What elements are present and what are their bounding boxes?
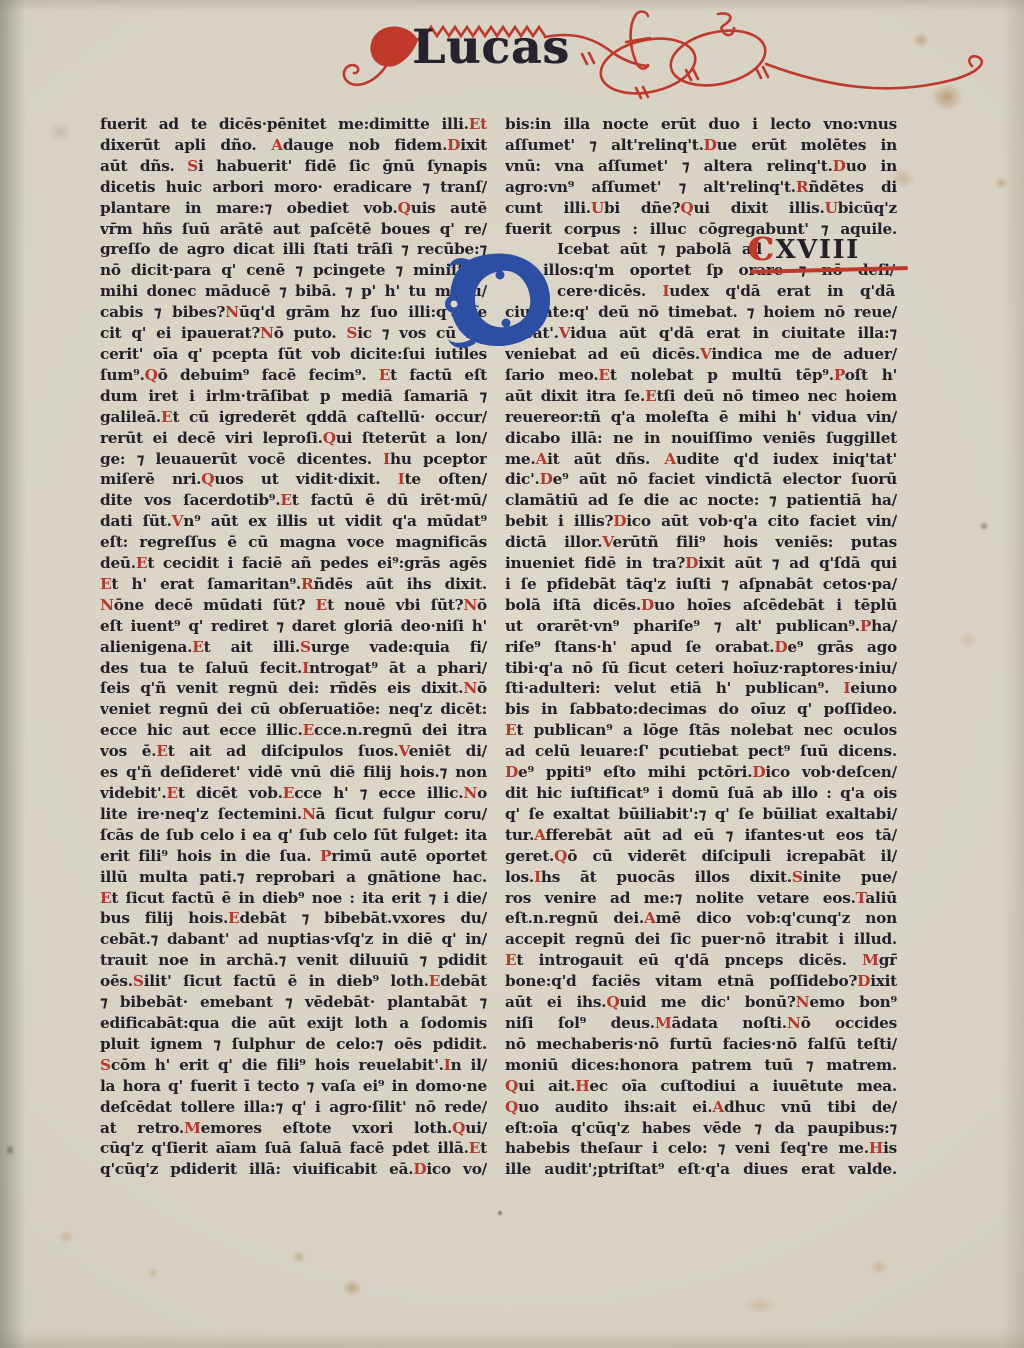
text-line: dixerūt apli dño. Adauge nob fidem.Dixit [100,135,487,156]
text-line: illū multa pati.⁊ reprobari a gnātione h… [100,867,487,888]
text-line: dicetis huic arbori moro· eradicare ⁊ tr… [100,177,487,198]
text-line: ſum⁹.Qō debuim⁹ facē fecim⁹. Et factū eſ… [100,365,487,386]
text-line: De⁹ ppiti⁹ eſto mihi pctōri.Dico vob·deſ… [505,762,897,783]
text-line: riſe⁹ ſtans·h' apud ſe orabat.De⁹ grās a… [505,637,897,658]
text-line: moniū dices:honora patrem tuū ⁊ matrem. [505,1055,897,1076]
text-line: greſſo de agro dicat illi ſtati trāſi ⁊ … [100,239,487,260]
text-line: dum iret i irlm·trāſibat p mediā ſamariā… [100,386,487,407]
text-line: dicabo illā: ne in nouiſſimo veniēs ſugg… [505,428,897,449]
text-line: Icebat aūt ⁊ pabolā ad [557,239,762,260]
text-line: dati ſūt.Vn⁹ aūt ex illis ut vidit q'a m… [100,511,487,532]
text-line: inueniet fidē in tra?Dixit aūt ⁊ ad q'ſd… [505,553,897,574]
text-line: ciuitate:q' deū nō timebat. ⁊ hoiem nō r… [505,302,897,323]
text-line: i ſe pfidebāt tāq'z iuſti ⁊ aſpnabāt cet… [505,574,897,595]
text-line: at retro.Memores eſtote vxori loth.Qui/ [100,1118,487,1139]
text-line: plantare in mare:⁊ obediet vob.Quis autē [100,198,487,219]
text-line: ut orarēt·vn⁹ phariſe⁹ ⁊ alt' publican⁹.… [505,616,897,637]
text-line: ille audit';ptriſtat⁹ eſt·q'a diues erat… [505,1159,897,1180]
text-line: vos ē.Et ait ad diſcipulos ſuos.Veniēt d… [100,741,487,762]
text-line: erit fili⁹ hois in die ſua. Primū autē o… [100,846,487,867]
text-line: alienigena.Et ait illi.Surge vade:quia f… [100,637,487,658]
text-line: Et h' erat ſamaritan⁹.Rñdēs aūt ihs dixi… [100,574,487,595]
text-line: aūt dixit itra ſe.Etſi deū nō timeo nec … [505,386,897,407]
text-line: los.Ihs āt puocās illos dixit.Sinite pue… [505,867,897,888]
text-line: miſerē nri.Quos ut vidit·dixit. Ite oſte… [100,469,487,490]
text-line: Et publican⁹ a lōge ſtās nolebat nec ocu… [505,720,897,741]
text-line: me.Ait aūt dñs. Audite q'd iudex iniq'ta… [505,449,897,470]
text-line: habebis theſaur i celo: ⁊ veni ſeq're me… [505,1138,897,1159]
text-line: ſeis q'ñ venit regnū dei: rñdēs eis dixi… [100,678,487,699]
text-line: ſario meo.Et nolebat p multū tēp⁹.Poſt h… [505,365,897,386]
text-line: eſt:oīa q'cūq'z habes vēde ⁊ da paupibus… [505,1118,897,1139]
text-line: ſcās de ſub celo i ea q' ſub celo ſūt fu… [100,825,487,846]
text-line: Quo audito ihs:ait ei.Adhuc vnū tibi de/ [505,1097,897,1118]
text-line: trauit noe in archā.⁊ venit diluuiū ⁊ pd… [100,950,487,971]
text-line: cabis ⁊ bibes?Nūq'd grām hz ſuo illi:q'a… [100,302,487,323]
text-line: clamātiū ad ſe die ac nocte: ⁊ patientiā… [505,490,897,511]
text-line: eſt iuent⁹ q' rediret ⁊ daret gloriā deo… [100,616,487,637]
text-line: pluit ignem ⁊ ſulphur de celo:⁊ oēs pdid… [100,1034,487,1055]
text-line: dit hic iuſtificat⁹ i domū ſuā ab illo :… [505,783,897,804]
text-line: eſt.n.regnū dei.Amē dico vob:q'cunq'z no… [505,908,897,929]
text-line: ecce hic aut ecce illic.Ecce.n.regnū dei… [100,720,487,741]
text-line: dite vos ſacerdotib⁹.Et factū ē dū irēt·… [100,490,487,511]
text-line: deū.Et cecidit i faciē añ pedes ei⁹:grās… [100,553,487,574]
text-line: rerūt ei decē viri leproſi.Qui ſteterūt … [100,428,487,449]
text-line: bolā iſtā dicēs.Duo hoīes aſcēdebāt i tē… [505,595,897,616]
text-line: bone:q'd faciēs vitam etnā poſſidebo?Dix… [505,971,897,992]
text-line: bis:in illa nocte erūt duo i lecto vno:v… [505,114,897,135]
text-line: cit q' ei ipauerat?Nō puto. Sic ⁊ vos cū… [100,323,487,344]
text-line: agro:vn⁹ aſſumet' ⁊ alt'relinq't.Rñdētes… [505,177,897,198]
text-line: aſſumet' ⁊ alt'relinq't.Due erūt molētes… [505,135,897,156]
text-line: cebāt.⁊ dabant' ad nuptias·vſq'z in diē … [100,929,487,950]
text-line: Et ſicut factū ē in dieb⁹ noe : ita erit… [100,888,487,909]
text-line: aūt dñs. Si habuerit' fidē ſic ḡnū ſynap… [100,156,487,177]
text-line: rebat'.Vidua aūt q'dā erat in ciuitate i… [505,323,897,344]
text-line: galileā.Et cū igrederēt qddā caſtellū· o… [100,407,487,428]
text-line: edificabāt:qua die aūt exijt loth a ſodo… [100,1013,487,1034]
text-line: vnū: vna aſſumet' ⁊ altera relinq't.Duo … [505,156,897,177]
text-line: dic'.De⁹ aūt nō faciet vindictā elector … [505,469,897,490]
text-line: tibi·q'a nō ſū ſicut ceteri hoīuz·raptor… [505,658,897,679]
text-line: oēs.Silit' ſicut factū ē in dieb⁹ loth.E… [100,971,487,992]
drop-cap-initial-d-icon [442,249,554,353]
text-line: veniebat ad eū dicēs.Vindica me de aduer… [505,344,897,365]
text-line: ⁊ bibebāt· emebant ⁊ vēdebāt· plantabāt … [100,992,487,1013]
text-line: nō mechaberis·nō furtū facies·nō falſū t… [505,1034,897,1055]
text-line: nō dicit·para q' cenē ⁊ pcingete ⁊ miniſ… [100,260,487,281]
text-line: dictā illor.Verūtñ fili⁹ hois veniēs: pu… [505,532,897,553]
incunabulum-page: Lucas fuerit ad te dicēs·pēnitet me:dimi… [0,0,1024,1348]
text-line: lite ire·neq'z ſectemini.Nā ſicut fulgur… [100,804,487,825]
chapter-number: XVIII [775,233,859,267]
text-line: bis in ſabbato:decimas do oīuz q' poſſid… [505,699,897,720]
text-line: Qui ait.Hec oīa cuſtodiui a iuuētute mea… [505,1076,897,1097]
text-line: ſti·adulteri: velut etiā h' publican⁹. I… [505,678,897,699]
text-line: videbit'.Et dicēt vob.Ecce h' ⁊ ecce ill… [100,783,487,804]
text-line: q' ſe exaltat būiliabit':⁊ q' ſe būiliat… [505,804,897,825]
text-line: cunt illi.Ubi dñe?Qui dixit illis.Ubicūq… [505,198,897,219]
chapter-mark: C XVIII [748,233,860,267]
text-line: fuerit ad te dicēs·pēnitet me:dimitte il… [100,114,487,135]
text-line: cūq'z q'ſierit aīam ſuā ſaluā facē pdet … [100,1138,487,1159]
text-line: ad celū leuare:ſ' pcutiebat pect⁹ ſuū di… [505,741,897,762]
text-line: des tua te ſaluū fecit.Introgat⁹ āt a ph… [100,658,487,679]
text-line: Nōne decē mūdati ſūt? Et nouē vbi ſūt?Nō [100,595,487,616]
text-line: ge: ⁊ leuauerūt vocē dicentes. Ihu pcept… [100,449,487,470]
text-column-right: bis:in illa nocte erūt duo i lecto vno:v… [505,114,897,1180]
text-line: deſcēdat tollere illa:⁊ q' i agro·ſilit'… [100,1097,487,1118]
text-line: veniet regnū dei cū obſeruatiōe: neq'z d… [100,699,487,720]
text-line: accepit regnū dei ſic puer·nō itrabit i … [505,929,897,950]
text-line: mihi donec māducē ⁊ bibā. ⁊ p' h' tu mād… [100,281,487,302]
text-line: bebit i illis?Dico aūt vob·q'a cito faci… [505,511,897,532]
text-line: tur.Afferebāt aūt ad eū ⁊ ifantes·ut eos… [505,825,897,846]
text-line: geret.Qō cū viderēt diſcipuli icrepabāt … [505,846,897,867]
text-line: niſi ſol⁹ deus.Mādata noſti.Nō occides [505,1013,897,1034]
text-line: es q'ñ deſideret' vidē vnū diē filij hoi… [100,762,487,783]
text-line: Scōm h' erit q' die fili⁹ hois reuelabit… [100,1055,487,1076]
text-column-left: fuerit ad te dicēs·pēnitet me:dimitte il… [100,114,487,1180]
text-line: la hora q' fuerit ī tecto ⁊ vaſa ei⁹ in … [100,1076,487,1097]
text-line: cerit' oīa q' pcepta ſūt vob dicite:ſui … [100,344,487,365]
text-line: q'cūq'z pdiderit illā: viuificabit eā.Di… [100,1159,487,1180]
text-line: aūt ei ihs.Quid me dic' bonū?Nemo bon⁹ [505,992,897,1013]
text-line: bus filij hois.Edebāt ⁊ bibebāt.vxores d… [100,908,487,929]
text-line: eſt: regreſſus ē cū magna voce magnificā… [100,532,487,553]
text-line: ros venire ad me:⁊ nolite vetare eos.Tal… [505,888,897,909]
text-line: reuereor:tñ q'a moleſta ē mihi h' vidua … [505,407,897,428]
page-title: Lucas [412,20,570,75]
capitulum-icon: C [748,233,773,265]
text-line: cere·dicēs. Iudex q'dā erat in q'dā [557,281,895,302]
text-line: vr̄m hñs ſuū arātē aut paſcētē boues q' … [100,219,487,240]
text-line: Et introgauit eū q'dā pnceps dicēs. Mgr̄ [505,950,897,971]
